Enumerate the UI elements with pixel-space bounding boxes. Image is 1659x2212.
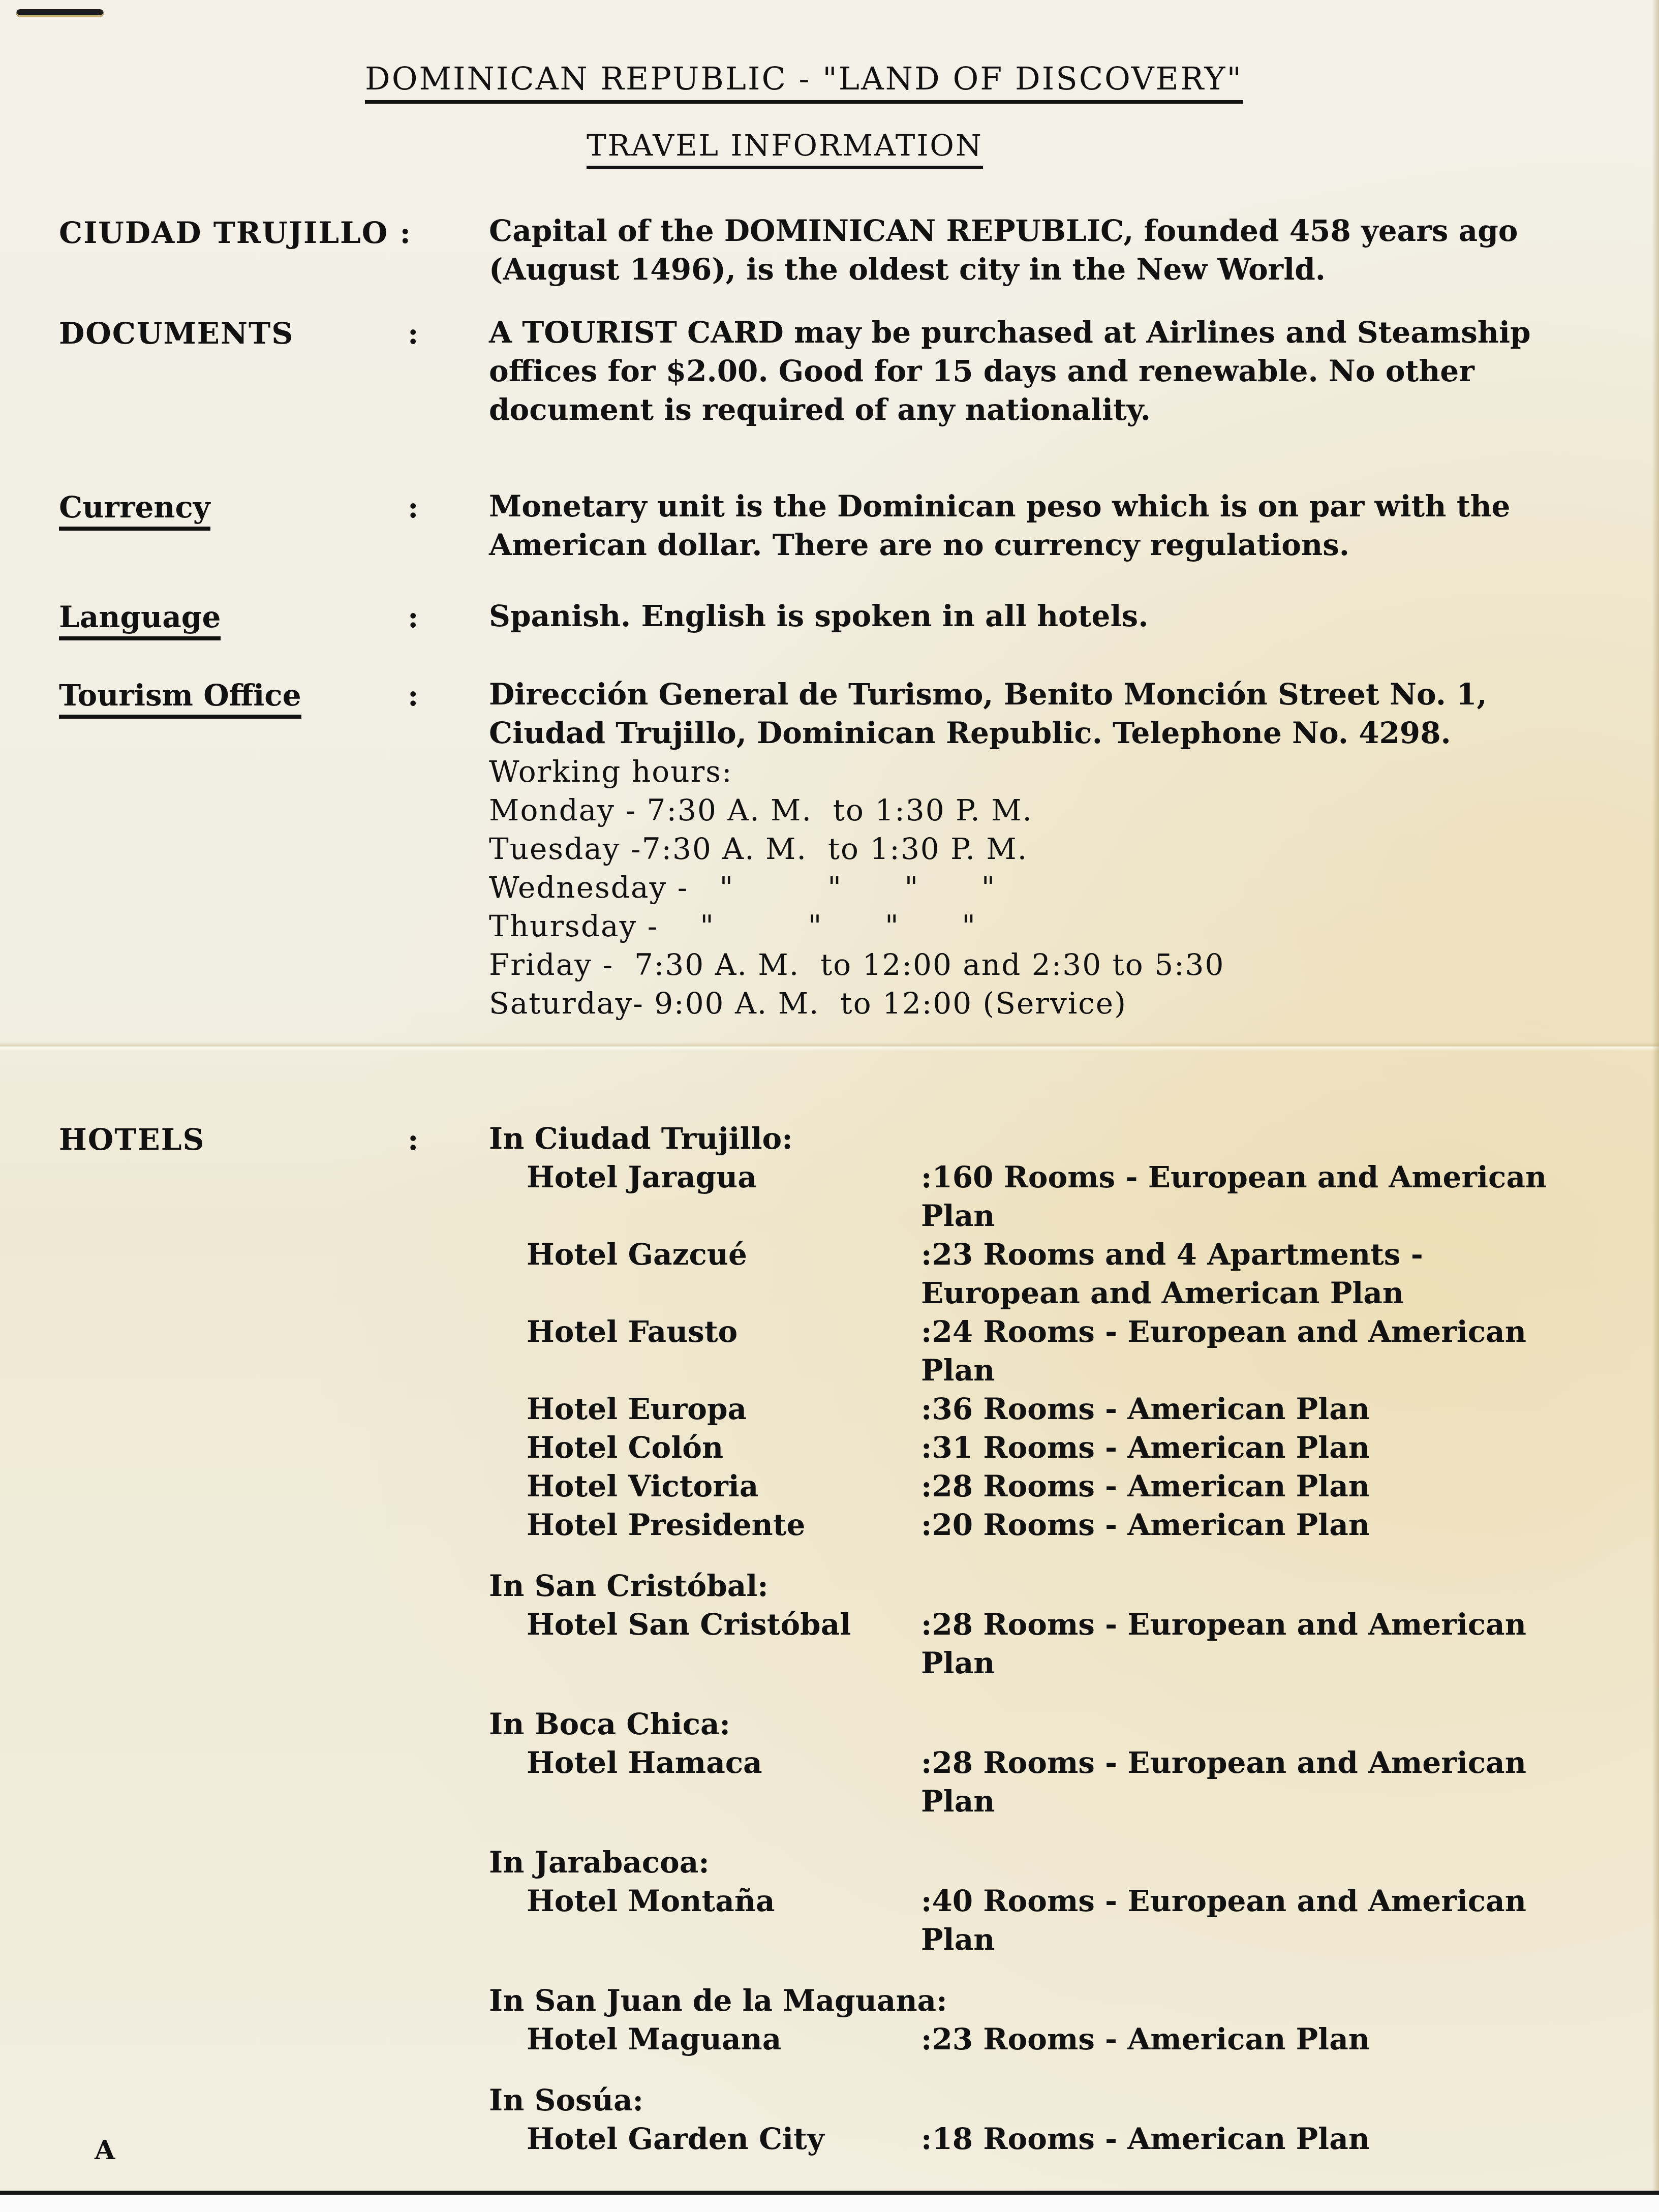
hotel-rooms-plan: :36 Rooms - American Plan — [921, 1390, 1582, 1428]
hotel-rooms-plan: :23 Rooms - American Plan — [921, 2020, 1582, 2059]
hotel-rooms-plan: :28 Rooms - European and American Plan — [921, 1743, 1582, 1821]
scan-background — [0, 2191, 1659, 2212]
working-hours-heading: Working hours: — [489, 752, 1582, 791]
hotel-location-heading: In San Cristóbal: — [489, 1566, 1582, 1605]
group-spacer — [489, 2059, 1582, 2081]
hotel-rooms-plan: :20 Rooms - American Plan — [921, 1506, 1582, 1544]
hotel-entry: Hotel Maguana:23 Rooms - American Plan — [489, 2020, 1582, 2059]
section-label: DOCUMENTS — [59, 316, 294, 351]
group-spacer — [489, 1682, 1582, 1705]
section-colon: : — [408, 490, 418, 525]
hotel-entry: Hotel Hamaca:28 Rooms - European and Ame… — [489, 1743, 1582, 1821]
group-spacer — [489, 1959, 1582, 1981]
section-colon: : — [408, 600, 418, 634]
section-body: Monetary unit is the Dominican peso whic… — [489, 487, 1582, 564]
hotel-entry: Hotel Victoria:28 Rooms - American Plan — [489, 1467, 1582, 1506]
hotel-location-heading: In Sosúa: — [489, 2081, 1582, 2119]
hotel-rooms-plan: :31 Rooms - American Plan — [921, 1428, 1582, 1467]
section-body: Capital of the DOMINICAN REPUBLIC, found… — [489, 211, 1582, 289]
group-spacer — [489, 1544, 1582, 1566]
document-subtitle: TRAVEL INFORMATION — [587, 128, 983, 169]
hours-line: Tuesday -7:30 A. M. to 1:30 P. M. — [489, 829, 1582, 868]
hotel-location-heading: In Ciudad Trujillo: — [489, 1119, 1582, 1158]
hours-line: Thursday - " " " " — [489, 907, 1582, 945]
section-body: A TOURIST CARD may be purchased at Airli… — [489, 313, 1582, 429]
text-line: Dirección General de Turismo, Benito Mon… — [489, 675, 1582, 714]
text-line: Spanish. English is spoken in all hotels… — [489, 597, 1582, 635]
hotel-name: Hotel San Cristóbal — [527, 1605, 851, 1644]
working-hours: Working hours: Monday - 7:30 A. M. to 1:… — [489, 752, 1582, 1023]
hotel-name: Hotel Hamaca — [527, 1743, 762, 1782]
group-spacer — [489, 1821, 1582, 1843]
hotels-list: In Ciudad Trujillo:Hotel Jaragua:160 Roo… — [489, 1119, 1582, 2158]
hotel-name: Hotel Garden City — [527, 2119, 824, 2158]
staple — [16, 9, 104, 17]
hotel-entry: Hotel Garden City:18 Rooms - American Pl… — [489, 2119, 1582, 2158]
hotel-location-heading: In San Juan de la Maguana: — [489, 1981, 1582, 2020]
hotel-rooms-plan: :40 Rooms - European and American Plan — [921, 1882, 1582, 1959]
section-label: Language — [59, 600, 221, 640]
hotel-entry: Hotel Fausto:24 Rooms - European and Ame… — [489, 1312, 1582, 1390]
text-line: Capital of the DOMINICAN REPUBLIC, found… — [489, 211, 1582, 250]
hotel-name: Hotel Fausto — [527, 1312, 738, 1351]
hotel-name: Hotel Europa — [527, 1390, 747, 1428]
hours-line: Monday - 7:30 A. M. to 1:30 P. M. — [489, 791, 1582, 829]
hotel-entry: Hotel Europa:36 Rooms - American Plan — [489, 1390, 1582, 1428]
section-label: CIUDAD TRUJILLO : — [59, 216, 412, 250]
text-line: Ciudad Trujillo, Dominican Republic. Tel… — [489, 714, 1582, 752]
hotel-entry: Hotel Jaragua:160 Rooms - European and A… — [489, 1158, 1582, 1235]
text-line: offices for $2.00. Good for 15 days and … — [489, 352, 1582, 390]
hotel-entry: Hotel San Cristóbal:28 Rooms - European … — [489, 1605, 1582, 1682]
text-line: Monetary unit is the Dominican peso whic… — [489, 487, 1582, 526]
section-colon: : — [408, 678, 418, 713]
hotel-name: Hotel Victoria — [527, 1467, 758, 1506]
hotel-name: Hotel Maguana — [527, 2020, 781, 2059]
hotel-name: Hotel Presidente — [527, 1506, 805, 1544]
hotel-rooms-plan: :28 Rooms - American Plan — [921, 1467, 1582, 1506]
section-body: Dirección General de Turismo, Benito Mon… — [489, 675, 1582, 1023]
text-line: document is required of any nationality. — [489, 390, 1582, 429]
hotel-entry: Hotel Montaña:40 Rooms - European and Am… — [489, 1882, 1582, 1959]
document-page: DOMINICAN REPUBLIC - "LAND OF DISCOVERY"… — [0, 0, 1659, 2212]
text-line: A TOURIST CARD may be purchased at Airli… — [489, 313, 1582, 352]
hotel-rooms-plan: :23 Rooms and 4 Apartments - European an… — [921, 1235, 1582, 1312]
hours-line: Friday - 7:30 A. M. to 12:00 and 2:30 to… — [489, 945, 1582, 984]
hotel-entry: Hotel Presidente:20 Rooms - American Pla… — [489, 1506, 1582, 1544]
hotel-entry: Hotel Colón:31 Rooms - American Plan — [489, 1428, 1582, 1467]
section-body: Spanish. English is spoken in all hotels… — [489, 597, 1582, 635]
section-label: HOTELS — [59, 1122, 205, 1157]
hotel-name: Hotel Jaragua — [527, 1158, 757, 1196]
section-colon: : — [408, 1122, 418, 1157]
text-line: (August 1496), is the oldest city in the… — [489, 250, 1582, 289]
hotel-name: Hotel Gazcué — [527, 1235, 747, 1274]
hotel-name: Hotel Colón — [527, 1428, 723, 1467]
hotel-rooms-plan: :24 Rooms - European and American Plan — [921, 1312, 1582, 1390]
hotel-entry: Hotel Gazcué:23 Rooms and 4 Apartments -… — [489, 1235, 1582, 1312]
hotel-location-heading: In Jarabacoa: — [489, 1843, 1582, 1882]
paper-edge — [1652, 0, 1659, 2191]
hotel-rooms-plan: :160 Rooms - European and American Plan — [921, 1158, 1582, 1235]
page-mark: A — [95, 2135, 115, 2166]
section-label: Tourism Office — [59, 678, 301, 719]
hotel-rooms-plan: :18 Rooms - American Plan — [921, 2119, 1582, 2158]
paper-fold-crease — [0, 1042, 1659, 1051]
hotel-rooms-plan: :28 Rooms - European and American Plan — [921, 1605, 1582, 1682]
text-line: American dollar. There are no currency r… — [489, 526, 1582, 564]
section-colon: : — [408, 316, 418, 351]
hotel-name: Hotel Montaña — [527, 1882, 775, 1920]
hotel-location-heading: In Boca Chica: — [489, 1705, 1582, 1743]
hours-line: Wednesday - " " " " — [489, 868, 1582, 907]
document-title: DOMINICAN REPUBLIC - "LAND OF DISCOVERY" — [365, 60, 1243, 104]
hours-line: Saturday- 9:00 A. M. to 12:00 (Service) — [489, 984, 1582, 1023]
section-label: Currency — [59, 490, 210, 531]
